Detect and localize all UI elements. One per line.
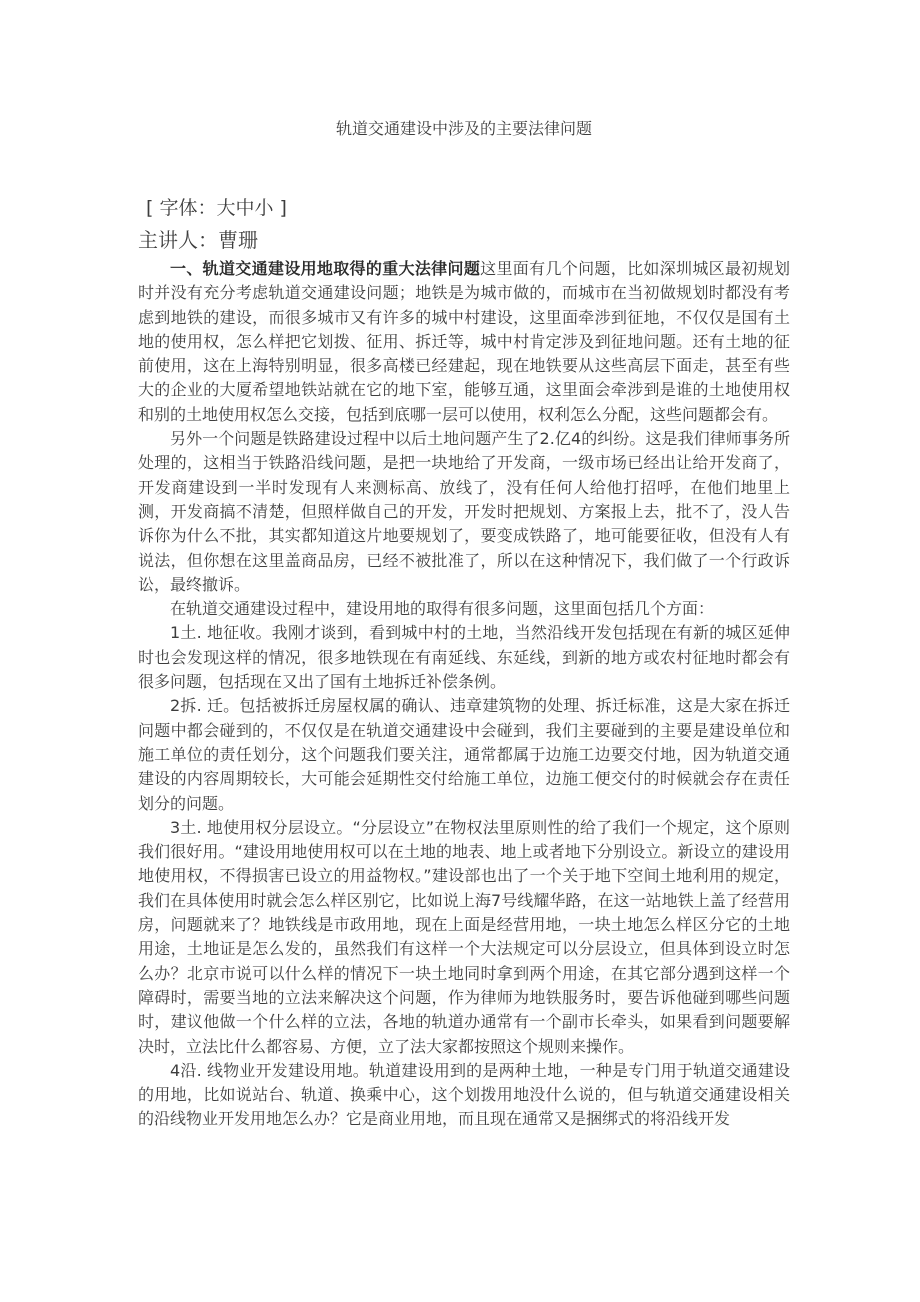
paragraph-4-text: 1土. 地征收。我刚才谈到，看到城中村的土地，当然沿线开发包括现在有新的城区延伸… — [138, 623, 790, 691]
document-title: 轨道交通建设中涉及的主要法律问题 — [138, 118, 790, 140]
paragraph-2-text: 另外一个问题是铁路建设过程中以后土地问题产生了2.亿4的纠纷。这是我们律师事务所… — [138, 429, 790, 594]
lecturer-line: 主讲人：曹珊 — [138, 227, 790, 253]
paragraph-7-text: 4沿. 线物业开发建设用地。轨道建设用到的是两种土地，一种是专门用于轨道交通建设… — [138, 1061, 790, 1129]
paragraph-2: 另外一个问题是铁路建设过程中以后土地问题产生了2.亿4的纠纷。这是我们律师事务所… — [138, 427, 790, 597]
document-page: 轨道交通建设中涉及的主要法律问题 [ 字体：大中小 ] 主讲人：曹珊 一、轨道交… — [0, 0, 920, 1302]
paragraph-3-text: 在轨道交通建设过程中，建设用地的取得有很多问题，这里面包括几个方面： — [170, 599, 714, 618]
paragraph-1: 一、轨道交通建设用地取得的重大法律问题这里面有几个问题，比如深圳城区最初规划时并… — [138, 257, 790, 427]
section-heading-1: 一、轨道交通建设用地取得的重大法律问题 — [170, 259, 480, 278]
paragraph-3: 在轨道交通建设过程中，建设用地的取得有很多问题，这里面包括几个方面： — [138, 597, 790, 621]
font-size-selector: [ 字体：大中小 ] — [146, 197, 790, 219]
paragraph-4: 1土. 地征收。我刚才谈到，看到城中村的土地，当然沿线开发包括现在有新的城区延伸… — [138, 621, 790, 694]
paragraph-5: 2拆. 迁。包括被拆迁房屋权属的确认、违章建筑物的处理、拆迁标准，这是大家在拆迁… — [138, 694, 790, 815]
paragraph-5-text: 2拆. 迁。包括被拆迁房屋权属的确认、违章建筑物的处理、拆迁标准，这是大家在拆迁… — [138, 696, 790, 812]
document-body: 一、轨道交通建设用地取得的重大法律问题这里面有几个问题，比如深圳城区最初规划时并… — [138, 257, 790, 1132]
paragraph-7: 4沿. 线物业开发建设用地。轨道建设用到的是两种土地，一种是专门用于轨道交通建设… — [138, 1059, 790, 1132]
paragraph-1-text: 这里面有几个问题，比如深圳城区最初规划时并没有充分考虑轨道交通建设问题；地铁是为… — [138, 259, 790, 424]
paragraph-6-text: 3土. 地使用权分层设立。“分层设立”在物权法里原则性的给了我们一个规定，这个原… — [138, 818, 790, 1056]
paragraph-6: 3土. 地使用权分层设立。“分层设立”在物权法里原则性的给了我们一个规定，这个原… — [138, 816, 790, 1059]
